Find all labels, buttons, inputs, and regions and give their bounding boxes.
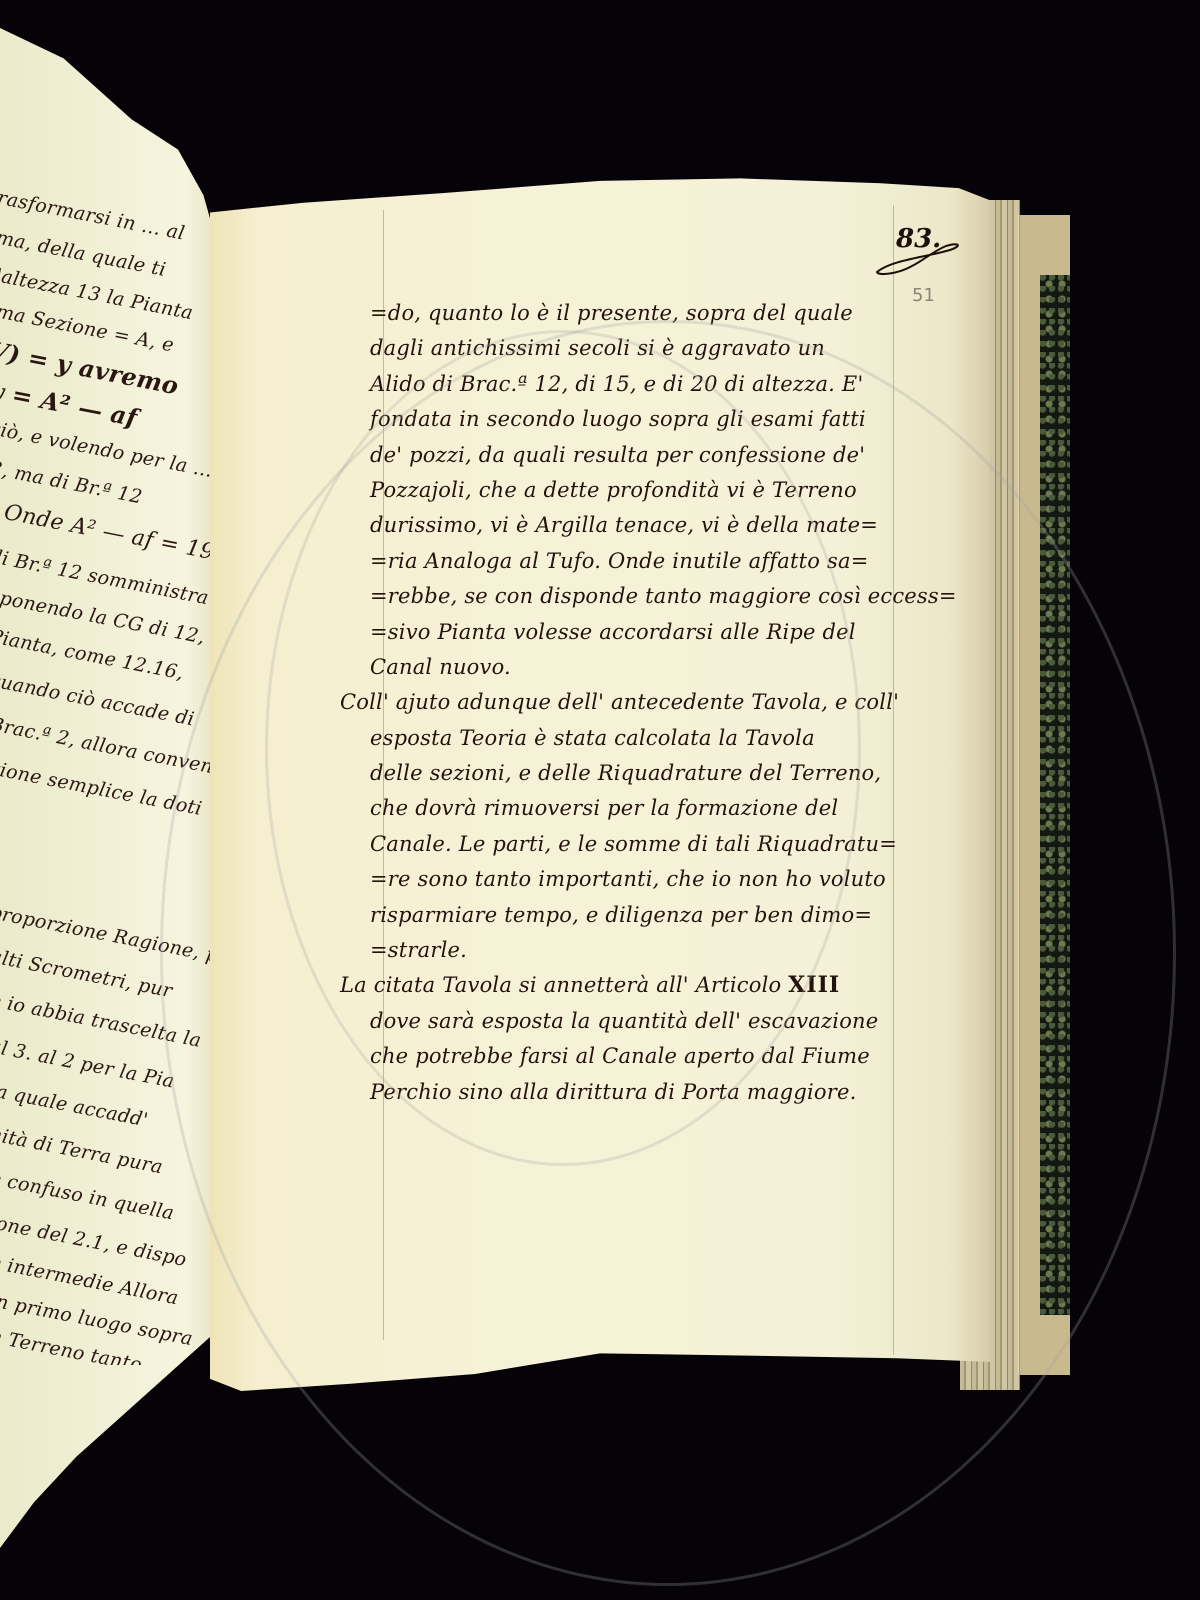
text-line: =do, quanto lo è il presente, sopra del … <box>340 296 910 331</box>
text-line: fondata in secondo luogo sopra gli esami… <box>340 402 910 437</box>
marbled-endpaper <box>1040 275 1070 1315</box>
text-line: de' pozzi, da quali resulta per confessi… <box>340 438 910 473</box>
text-line: esposta Teoria è stata calcolata la Tavo… <box>340 721 910 756</box>
text-line: =re sono tanto importanti, che io non ho… <box>340 862 910 897</box>
manuscript-text: =do, quanto lo è il presente, sopra del … <box>340 296 910 1110</box>
text-line: dagli antichissimi secoli si è aggravato… <box>340 331 910 366</box>
text-line: durissimo, vi è Argilla tenace, vi è del… <box>340 508 910 543</box>
book-spread: trasformarsi in ... al ima, della quale … <box>0 0 1200 1600</box>
text-line: =strarle. <box>340 933 910 968</box>
left-page-text: trasformarsi in ... al ima, della quale … <box>0 185 210 1365</box>
text-line: =sivo Pianta volesse accordarsi alle Rip… <box>340 615 910 650</box>
text-line: =ria Analoga al Tufo. Onde inutile affat… <box>340 544 910 579</box>
text-line: che dovrà rimuoversi per la formazione d… <box>340 791 910 826</box>
folio-flourish-icon <box>872 242 962 278</box>
text-line: dove sarà esposta la quantità dell' esca… <box>340 1004 910 1039</box>
paragraph-start: La citata Tavola si annetterà all' Artic… <box>340 968 910 1003</box>
text-fragment: La citata Tavola si annetterà all' Artic… <box>340 973 781 997</box>
text-line: Canale. Le parti, e le somme di tali Riq… <box>340 827 910 862</box>
text-line: Alido di Brac.ª 12, di 15, e di 20 di al… <box>340 367 910 402</box>
paragraph-start: Coll' ajuto adunque dell' antecedente Ta… <box>340 685 910 720</box>
text-line: delle sezioni, e delle Riquadrature del … <box>340 756 910 791</box>
left-line: la quale accadd' <box>0 1079 150 1131</box>
text-line: Perchio sino alla dirittura di Porta mag… <box>340 1075 910 1110</box>
text-line: =rebbe, se con disponde tanto maggiore c… <box>340 579 910 614</box>
text-line: Pozzajoli, che a dette profondità vi è T… <box>340 473 910 508</box>
article-number: XIII <box>788 972 840 998</box>
text-line: risparmiare tempo, e diligenza per ben d… <box>340 898 910 933</box>
text-line: che potrebbe farsi al Canale aperto dal … <box>340 1039 910 1074</box>
text-line: Canal nuovo. <box>340 650 910 685</box>
left-line: nità di Terra pura <box>0 1123 165 1178</box>
left-line: al 3. al 2 per la Pia <box>0 1035 176 1092</box>
pencil-folio-number: 51 <box>912 285 935 306</box>
